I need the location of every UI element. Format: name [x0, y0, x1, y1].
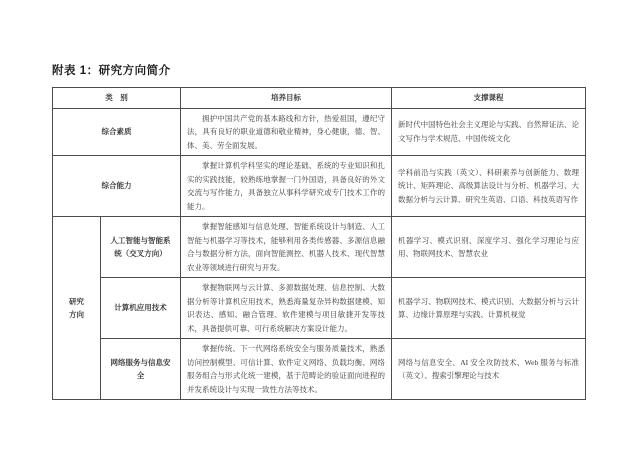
goal-ai-systems: 掌握智能感知与信息处理、智能系统设计与制造、人工智能与机器学习等技术，能够利用各…	[181, 217, 392, 278]
category-applied-computing: 计算机应用技术	[101, 278, 181, 339]
category-ai-systems: 人工智能与智能系统（交叉方向）	[101, 217, 181, 278]
courses-quality: 新时代中国特色社会主义理论与实践、自然辩证法、论文写作与学术规范、中国传统文化	[392, 108, 586, 156]
research-direction-label-line2: 方向	[59, 308, 94, 321]
goal-network-security: 掌握传统、下一代网络系统安全与服务质量技术，熟悉访问控制模型、可信计算、软件定义…	[181, 339, 392, 400]
table-row-network-security: 网络服务与信息安全 掌握传统、下一代网络系统安全与服务质量技术，熟悉访问控制模型…	[53, 339, 586, 400]
category-ability: 综合能力	[53, 156, 181, 217]
research-directions-table: 类 别 培养目标 支撑课程 综合素质 拥护中国共产党的基本路线和方针，热爱祖国，…	[52, 87, 586, 400]
goal-applied-computing: 掌握物联网与云计算、多源数据处理、信息控制、大数据分析等计算机应用技术，熟悉海量…	[181, 278, 392, 339]
document-page: 附表 1：研究方向简介 类 别 培养目标 支撑课程 综合素质 拥护中国共产党的基…	[0, 0, 639, 452]
category-quality: 综合素质	[53, 108, 181, 156]
header-category: 类 别	[53, 88, 181, 109]
category-research-direction: 研究 方向	[53, 217, 101, 400]
goal-ability: 掌握计算机学科坚实的理论基础、系统的专业知识和扎实的实践技能，较熟练地掌握一门外…	[181, 156, 392, 217]
table-row-ai: 研究 方向 人工智能与智能系统（交叉方向） 掌握智能感知与信息处理、智能系统设计…	[53, 217, 586, 278]
page-title: 附表 1：研究方向简介	[52, 62, 587, 78]
courses-applied-computing: 机器学习、物联网技术、模式识别、大数据分析与云计算、边缘计算原理与实践、计算机视…	[392, 278, 586, 339]
table-row-ability: 综合能力 掌握计算机学科坚实的理论基础、系统的专业知识和扎实的实践技能，较熟练地…	[53, 156, 586, 217]
header-goal: 培养目标	[181, 88, 392, 109]
table-row-quality: 综合素质 拥护中国共产党的基本路线和方针，热爱祖国，遵纪守法，具有良好的职业道德…	[53, 108, 586, 156]
research-direction-label-line1: 研究	[59, 295, 94, 308]
category-network-security: 网络服务与信息安全	[101, 339, 181, 400]
courses-ability: 学科前沿与实践（英文）、科研素养与创新能力、数理统计、矩阵理论、高级算法设计与分…	[392, 156, 586, 217]
goal-quality: 拥护中国共产党的基本路线和方针，热爱祖国，遵纪守法，具有良好的职业道德和敬业精神…	[181, 108, 392, 156]
courses-network-security: 网络与信息安全、AI 安全攻防技术、Web 服务与标准（英文）、搜索引擎理论与技…	[392, 339, 586, 400]
table-header-row: 类 别 培养目标 支撑课程	[53, 88, 586, 109]
table-row-applied-computing: 计算机应用技术 掌握物联网与云计算、多源数据处理、信息控制、大数据分析等计算机应…	[53, 278, 586, 339]
header-courses: 支撑课程	[392, 88, 586, 109]
courses-ai-systems: 机器学习、模式识别、深度学习、强化学习理论与应用、物联网技术、智慧农业	[392, 217, 586, 278]
